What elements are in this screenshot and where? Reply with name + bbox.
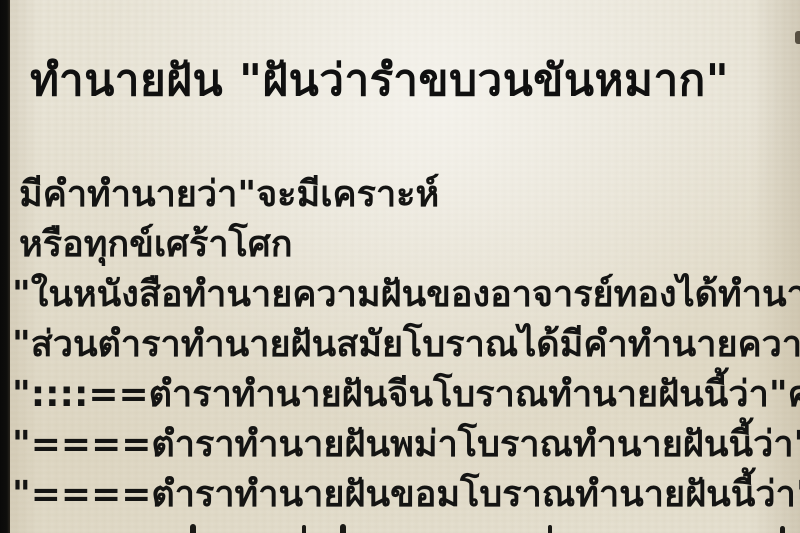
body-line: หรือทุกข์เศร้าโศก bbox=[12, 220, 800, 270]
body-line: "====ตำราทำนายฝันพม่าโบราณทำนายฝันนี้ว่า… bbox=[12, 420, 800, 470]
body-line: มีคำทำนายว่า"จะมีเคราะห์ bbox=[12, 170, 800, 220]
diacritic-mark bbox=[302, 525, 306, 533]
body-line: "::::==ตำราทำนายฝันจีนโบราณทำนายฝันนี้ว่… bbox=[12, 370, 800, 420]
body-line: "ในหนังสือทำนายความฝันของอาจารย์ทองได้ทำ… bbox=[12, 270, 800, 320]
body-line: "====ตำราทำนายฝันขอมโบราณทำนายฝันนี้ว่า"… bbox=[12, 470, 800, 520]
paper-background: ทำนายฝัน "ฝันว่ารำขบวนขันหมาก" มีคำทำนาย… bbox=[0, 0, 800, 533]
diacritic-mark bbox=[548, 525, 552, 533]
left-edge-black-strip bbox=[0, 0, 10, 533]
diacritic-mark bbox=[340, 524, 346, 533]
prediction-text-block: มีคำทำนายว่า"จะมีเคราะห์ หรือทุกข์เศร้าโ… bbox=[12, 170, 800, 520]
diacritic-mark bbox=[190, 524, 196, 533]
diacritic-mark bbox=[780, 526, 785, 533]
right-edge-speck bbox=[795, 31, 800, 44]
page-title: ทำนายฝัน "ฝันว่ารำขบวนขันหมาก" bbox=[30, 45, 729, 115]
clipped-next-line-marks bbox=[0, 523, 800, 533]
body-line: "ส่วนตำราทำนายฝันสมัยโบราณได้มีคำทำนายคว… bbox=[12, 320, 800, 370]
